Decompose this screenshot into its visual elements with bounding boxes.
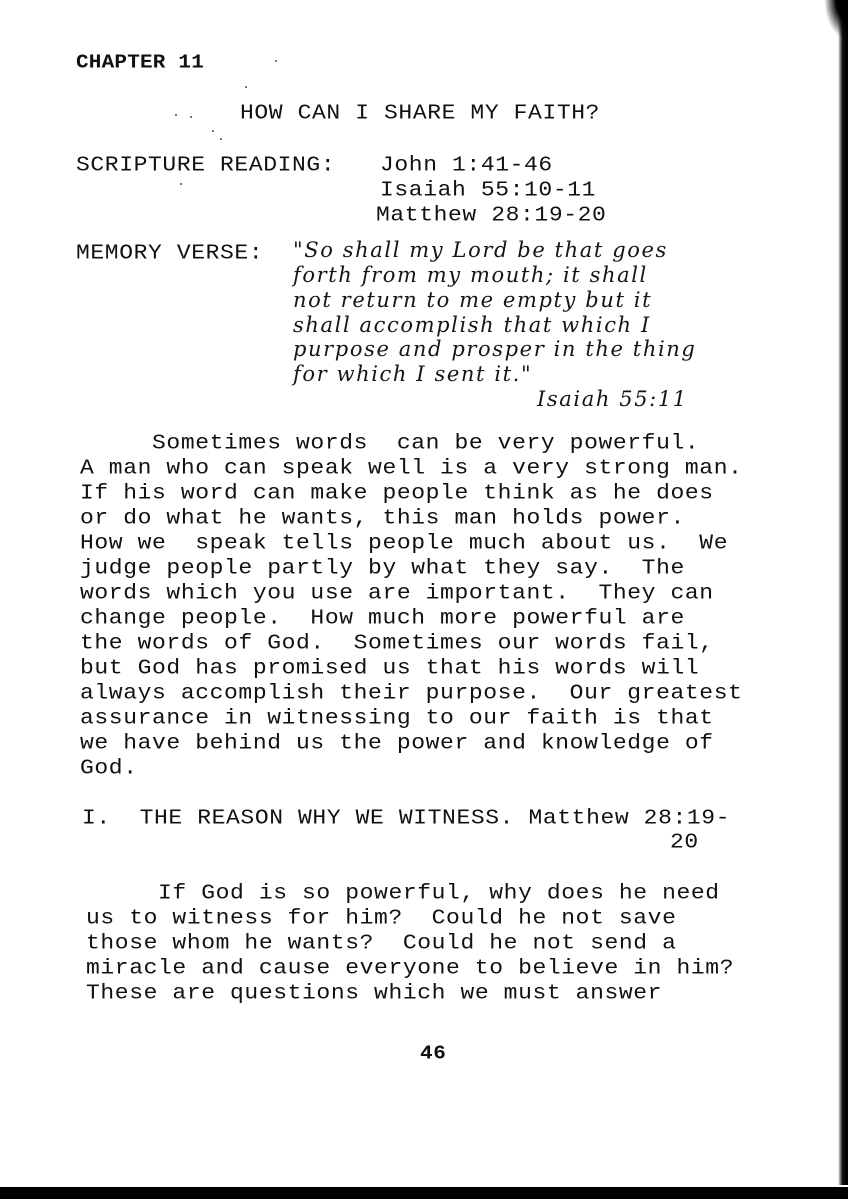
scripture-reading-label: SCRIPTURE READING: [76, 154, 335, 177]
scan-speck [275, 60, 277, 62]
page-number: 46 [420, 1043, 446, 1066]
scan-speck [180, 183, 182, 185]
paragraph-line: always accomplish their purpose. Our gre… [80, 682, 743, 705]
memory-verse-line: not return to me empty but it [293, 288, 652, 313]
scan-speck [220, 138, 222, 140]
memory-verse-line: shall accomplish that which I [293, 313, 651, 338]
memory-verse-line: forth from my mouth; it shall [293, 263, 648, 288]
memory-verse-label: MEMORY VERSE: [76, 242, 263, 265]
paragraph-line: the words of God. Sometimes our words fa… [80, 632, 714, 655]
section-heading-line: 20 [670, 831, 699, 854]
paragraph-line: How we speak tells people much about us.… [80, 532, 728, 555]
paragraph-line: miracle and cause everyone to believe in… [86, 957, 734, 980]
memory-verse-line: purpose and prosper in the thing [293, 337, 696, 362]
memory-verse-line: for which I sent it." [293, 362, 532, 387]
scan-speck [175, 114, 177, 116]
scan-corner-shadow [824, 0, 848, 40]
paragraph-line: those whom he wants? Could he not send a [86, 932, 677, 955]
paragraph-line: judge people partly by what they say. Th… [80, 557, 685, 580]
paragraph-line: or do what he wants, this man holds powe… [80, 507, 685, 530]
paragraph-line: but God has promised us that his words w… [80, 657, 699, 680]
paragraph-line: If his word can make people think as he … [80, 482, 714, 505]
paragraph-line: us to witness for him? Could he not save [86, 907, 677, 930]
chapter-label: CHAPTER 11 [76, 52, 204, 75]
scan-edge-right [838, 0, 848, 1185]
memory-verse-citation: Isaiah 55:11 [537, 387, 688, 412]
scan-edge-bottom [0, 1187, 848, 1199]
chapter-title: HOW CAN I SHARE MY FAITH? [240, 102, 600, 125]
memory-verse-line: "So shall my Lord be that goes [293, 238, 668, 263]
scan-speck [190, 116, 192, 118]
paragraph-line: A man who can speak well is a very stron… [80, 457, 743, 480]
paragraph-line: God. [80, 757, 138, 780]
paragraph-line: assurance in witnessing to our faith is … [80, 707, 714, 730]
paragraph-line: These are questions which we must answer [86, 982, 662, 1005]
scan-speck [212, 130, 214, 132]
scan-speck [245, 86, 247, 88]
paragraph-line: Sometimes words can be very powerful. [80, 432, 699, 455]
scripture-reference: Matthew 28:19-20 [376, 204, 606, 227]
paragraph-line: change people. How much more powerful ar… [80, 607, 685, 630]
paragraph-line: If God is so powerful, why does he need [86, 882, 720, 905]
scripture-reference: Isaiah 55:10-11 [380, 179, 596, 202]
paragraph-line: we have behind us the power and knowledg… [80, 732, 714, 755]
paragraph-line: words which you use are important. They … [80, 582, 714, 605]
section-heading-line: I. THE REASON WHY WE WITNESS. Matthew 28… [82, 807, 730, 830]
scripture-reference: John 1:41-46 [380, 154, 553, 177]
